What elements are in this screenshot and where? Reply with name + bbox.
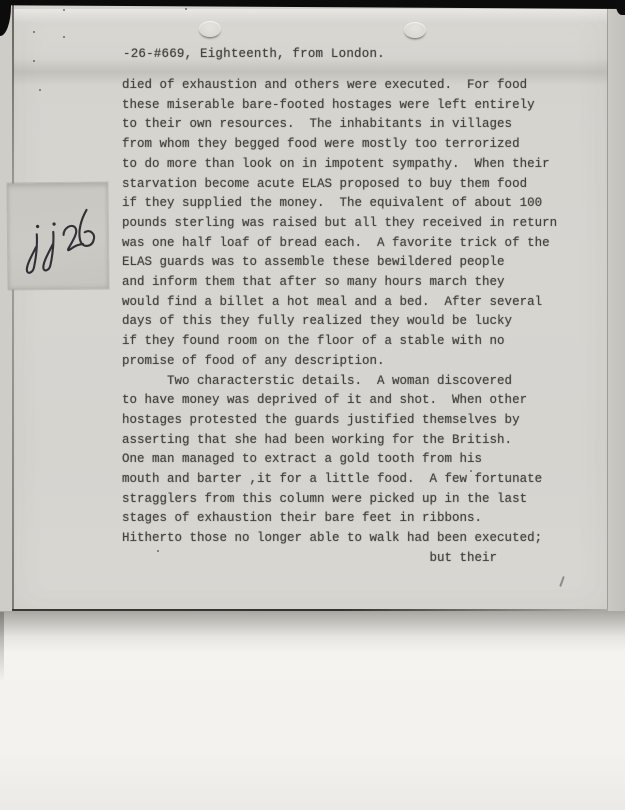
typed-line: to do more than look on in impotent symp… bbox=[122, 155, 557, 175]
typed-line: Two characterstic details. A woman disco… bbox=[122, 372, 557, 392]
typed-line: asserting that she had been working for … bbox=[122, 431, 557, 451]
dust-speck bbox=[33, 60, 35, 62]
dust-speck bbox=[63, 9, 65, 11]
backing-sheet bbox=[0, 611, 625, 810]
punch-hole-left bbox=[199, 21, 221, 37]
handwritten-annotation-text: jj26 bbox=[7, 183, 26, 192]
typed-line: if they supplied the money. The equivale… bbox=[122, 194, 557, 214]
typed-line: mouth and barter ,it for a little food. … bbox=[122, 470, 557, 490]
dust-speck bbox=[157, 550, 159, 552]
typed-line: if they found room on the floor of a sta… bbox=[122, 332, 557, 352]
scanner-corner-top-right bbox=[616, 0, 625, 15]
typed-line: from whom they begged food were mostly t… bbox=[122, 135, 557, 155]
paper-top-highlight bbox=[13, 9, 608, 23]
typed-line: these miserable bare-footed hostages wer… bbox=[122, 96, 557, 116]
typed-line: stages of exhaustion their bare feet in … bbox=[122, 509, 557, 529]
taped-label: jj26 bbox=[7, 182, 108, 289]
typed-line: but their bbox=[122, 549, 557, 569]
typed-line: starvation become acute ELAS proposed to… bbox=[122, 175, 557, 195]
dust-speck bbox=[185, 8, 187, 10]
typed-line: to their own resources. The inhabitants … bbox=[122, 115, 557, 135]
typed-line: Hitherto those no longer able to walk ha… bbox=[122, 529, 557, 549]
typed-line: days of this they fully realized they wo… bbox=[122, 312, 557, 332]
typed-line: pounds sterling was raised but all they … bbox=[122, 214, 557, 234]
dust-speck bbox=[470, 470, 472, 472]
scanned-document-page: -26-#669, Eighteenth, from London. died … bbox=[0, 0, 625, 810]
typed-line: One man managed to extract a gold tooth … bbox=[122, 450, 557, 470]
paper-left-edge bbox=[12, 5, 14, 611]
typed-line: died of exhaustion and others were execu… bbox=[122, 76, 557, 96]
scanner-right-margin bbox=[608, 6, 625, 611]
typed-lines: died of exhaustion and others were execu… bbox=[122, 76, 557, 569]
typed-line: stragglers from this column were picked … bbox=[122, 490, 557, 510]
typed-line: hostages protested the guards justified … bbox=[122, 411, 557, 431]
typed-line: promise of food of any description. bbox=[122, 352, 557, 372]
dust-speck bbox=[39, 89, 41, 91]
typed-line: was one half loaf of bread each. A favor… bbox=[122, 234, 557, 254]
bottom-left-shadow bbox=[0, 612, 4, 682]
page-header-line: -26-#669, Eighteenth, from London. bbox=[123, 47, 385, 61]
dust-speck bbox=[33, 31, 35, 33]
handwriting-jj26 bbox=[4, 197, 111, 290]
typed-line: would find a billet a hot meal and a bed… bbox=[122, 293, 557, 313]
dust-speck bbox=[63, 36, 65, 38]
typed-line: ELAS guards was to assemble these bewild… bbox=[122, 253, 557, 273]
typed-line: to have money was deprived of it and sho… bbox=[122, 391, 557, 411]
typed-line: and inform them that after so many hours… bbox=[122, 273, 557, 293]
punch-hole-right bbox=[404, 22, 426, 38]
